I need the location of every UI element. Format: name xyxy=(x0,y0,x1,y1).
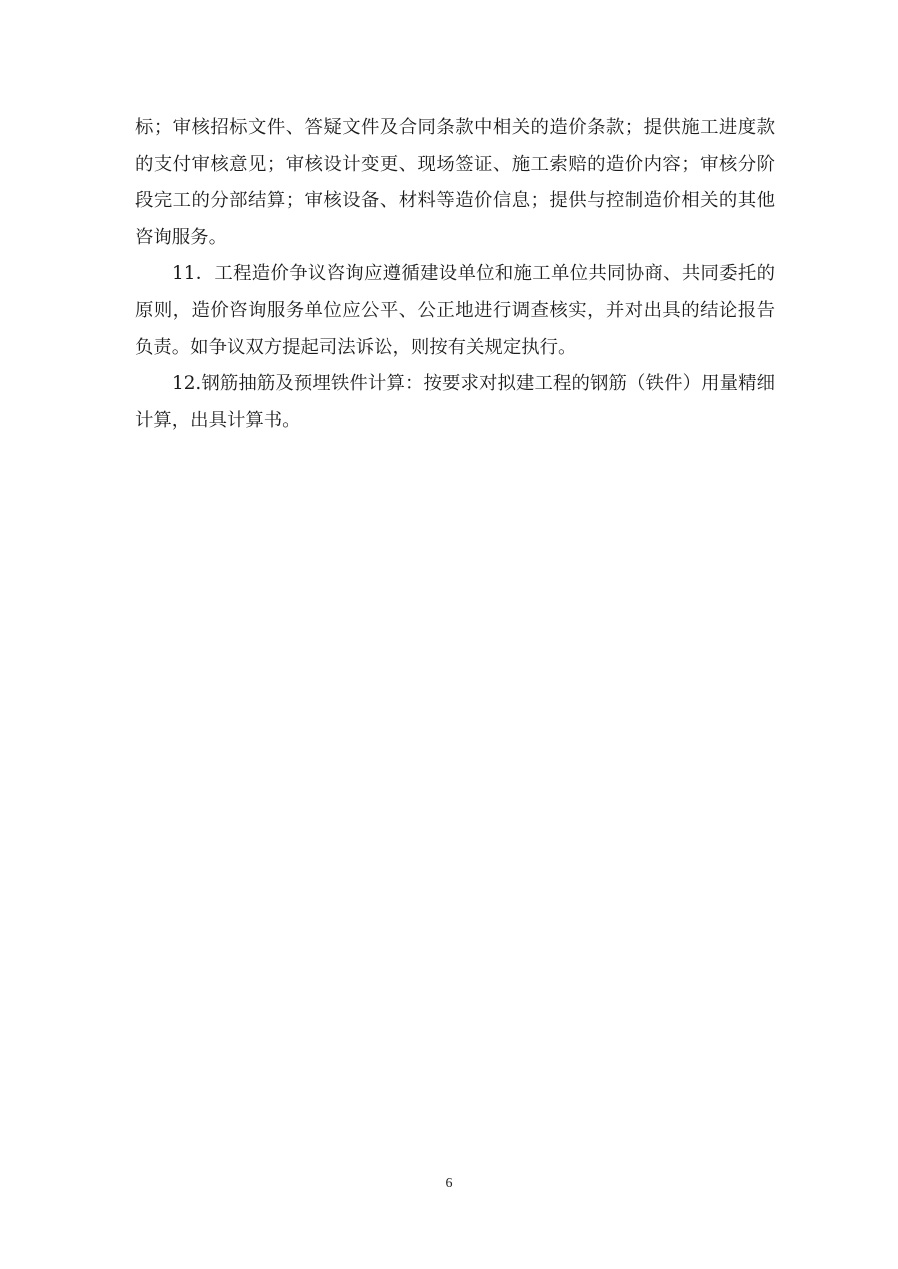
body-text: 标；审核招标文件、答疑文件及合同条款中相关的造价条款；提供施工进度款的支付审核意… xyxy=(135,110,775,439)
paragraph-item-11: 11．工程造价争议咨询应遵循建设单位和施工单位共同协商、共同委托的原则，造价咨询… xyxy=(135,256,775,366)
document-page: 标；审核招标文件、答疑文件及合同条款中相关的造价条款；提供施工进度款的支付审核意… xyxy=(0,0,898,1269)
paragraph-item-12: 12.钢筋抽筋及预埋铁件计算：按要求对拟建工程的钢筋（铁件）用量精细计算，出具计… xyxy=(135,366,775,439)
page-number: 6 xyxy=(0,1176,898,1192)
paragraph-continuation: 标；审核招标文件、答疑文件及合同条款中相关的造价条款；提供施工进度款的支付审核意… xyxy=(135,110,775,256)
